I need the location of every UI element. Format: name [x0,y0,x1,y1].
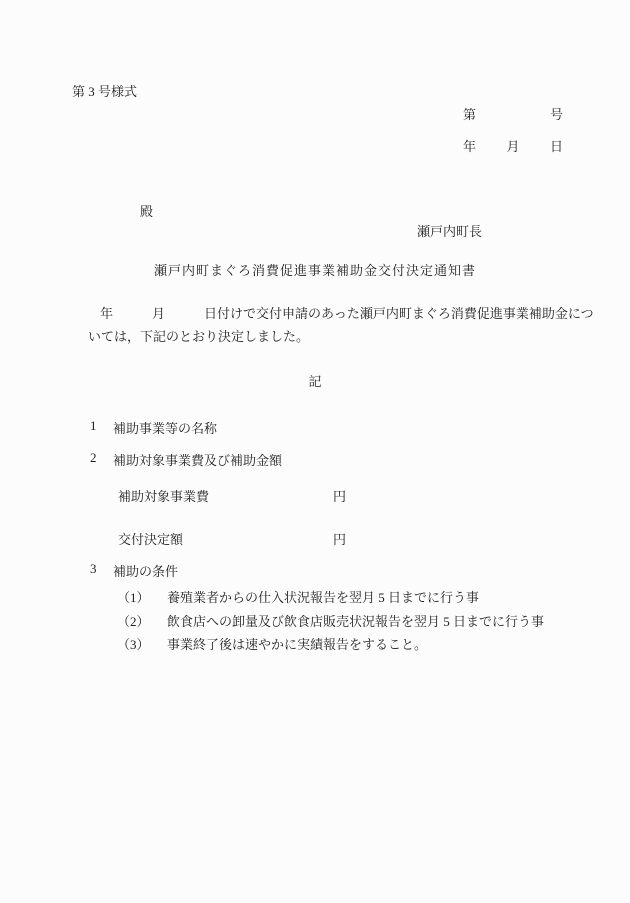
amount-unit-project-cost: 円 [333,486,346,505]
document-number-suffix: 号 [550,104,563,123]
section-1-label: 補助事業等の名称 [113,418,217,437]
document-number-line: 第 号 [463,104,563,123]
section-3-label: 補助の条件 [113,561,178,580]
section-3: 3 補助の条件 [90,561,178,580]
condition-2-text: 飲食店への卸量及び飲食店販売状況報告を翌月 5 日までに行う事 [167,611,544,630]
section-2: 2 補助対象事業費及び補助金額 [90,450,282,469]
section-2-label: 補助対象事業費及び補助金額 [113,450,282,469]
condition-row-3: （3） 事業終了後は速やかに実績報告をすること。 [117,634,427,653]
form-number: 第 3 号様式 [72,81,137,100]
document-number-prefix: 第 [463,104,476,123]
condition-row-2: （2） 飲食店への卸量及び飲食店販売状況報告を翌月 5 日までに行う事 [117,611,544,630]
condition-3-text: 事業終了後は速やかに実績報告をすること。 [167,634,427,653]
amount-label-project-cost: 補助対象事業費 [118,486,333,505]
section-1-number: 1 [90,418,113,437]
document-title: 瀬戸内町まぐろ消費促進事業補助金交付決定通知書 [0,260,630,279]
notice-document-page: 第 3 号様式 第 号 年 月 日 殿 瀬戸内町長 瀬戸内町まぐろ消費促進事業補… [0,0,630,903]
record-marker: 記 [0,371,630,390]
condition-row-1: （1） 養殖業者からの仕入状況報告を翌月 5 日までに行う事 [117,587,479,606]
amount-label-grant-decision: 交付決定額 [118,529,333,548]
body-paragraph: 年 月 日付けで交付申請のあった瀬戸内町まぐろ消費促進事業補助金については，下記… [88,302,594,348]
date-day-label: 日 [550,136,563,155]
amount-unit-grant-decision: 円 [333,529,346,548]
date-line: 年 月 日 [463,136,563,155]
section-3-number: 3 [90,561,113,580]
amount-row-grant-decision: 交付決定額 円 [118,529,346,548]
sender-name: 瀬戸内町長 [417,221,482,240]
addressee-honorific: 殿 [140,201,153,220]
condition-1-number: （1） [117,587,167,606]
date-month-label: 月 [506,136,519,155]
condition-3-number: （3） [117,634,167,653]
section-1: 1 補助事業等の名称 [90,418,217,437]
section-2-number: 2 [90,450,113,469]
condition-2-number: （2） [117,611,167,630]
condition-1-text: 養殖業者からの仕入状況報告を翌月 5 日までに行う事 [167,587,479,606]
amount-row-project-cost: 補助対象事業費 円 [118,486,346,505]
date-year-label: 年 [463,136,476,155]
